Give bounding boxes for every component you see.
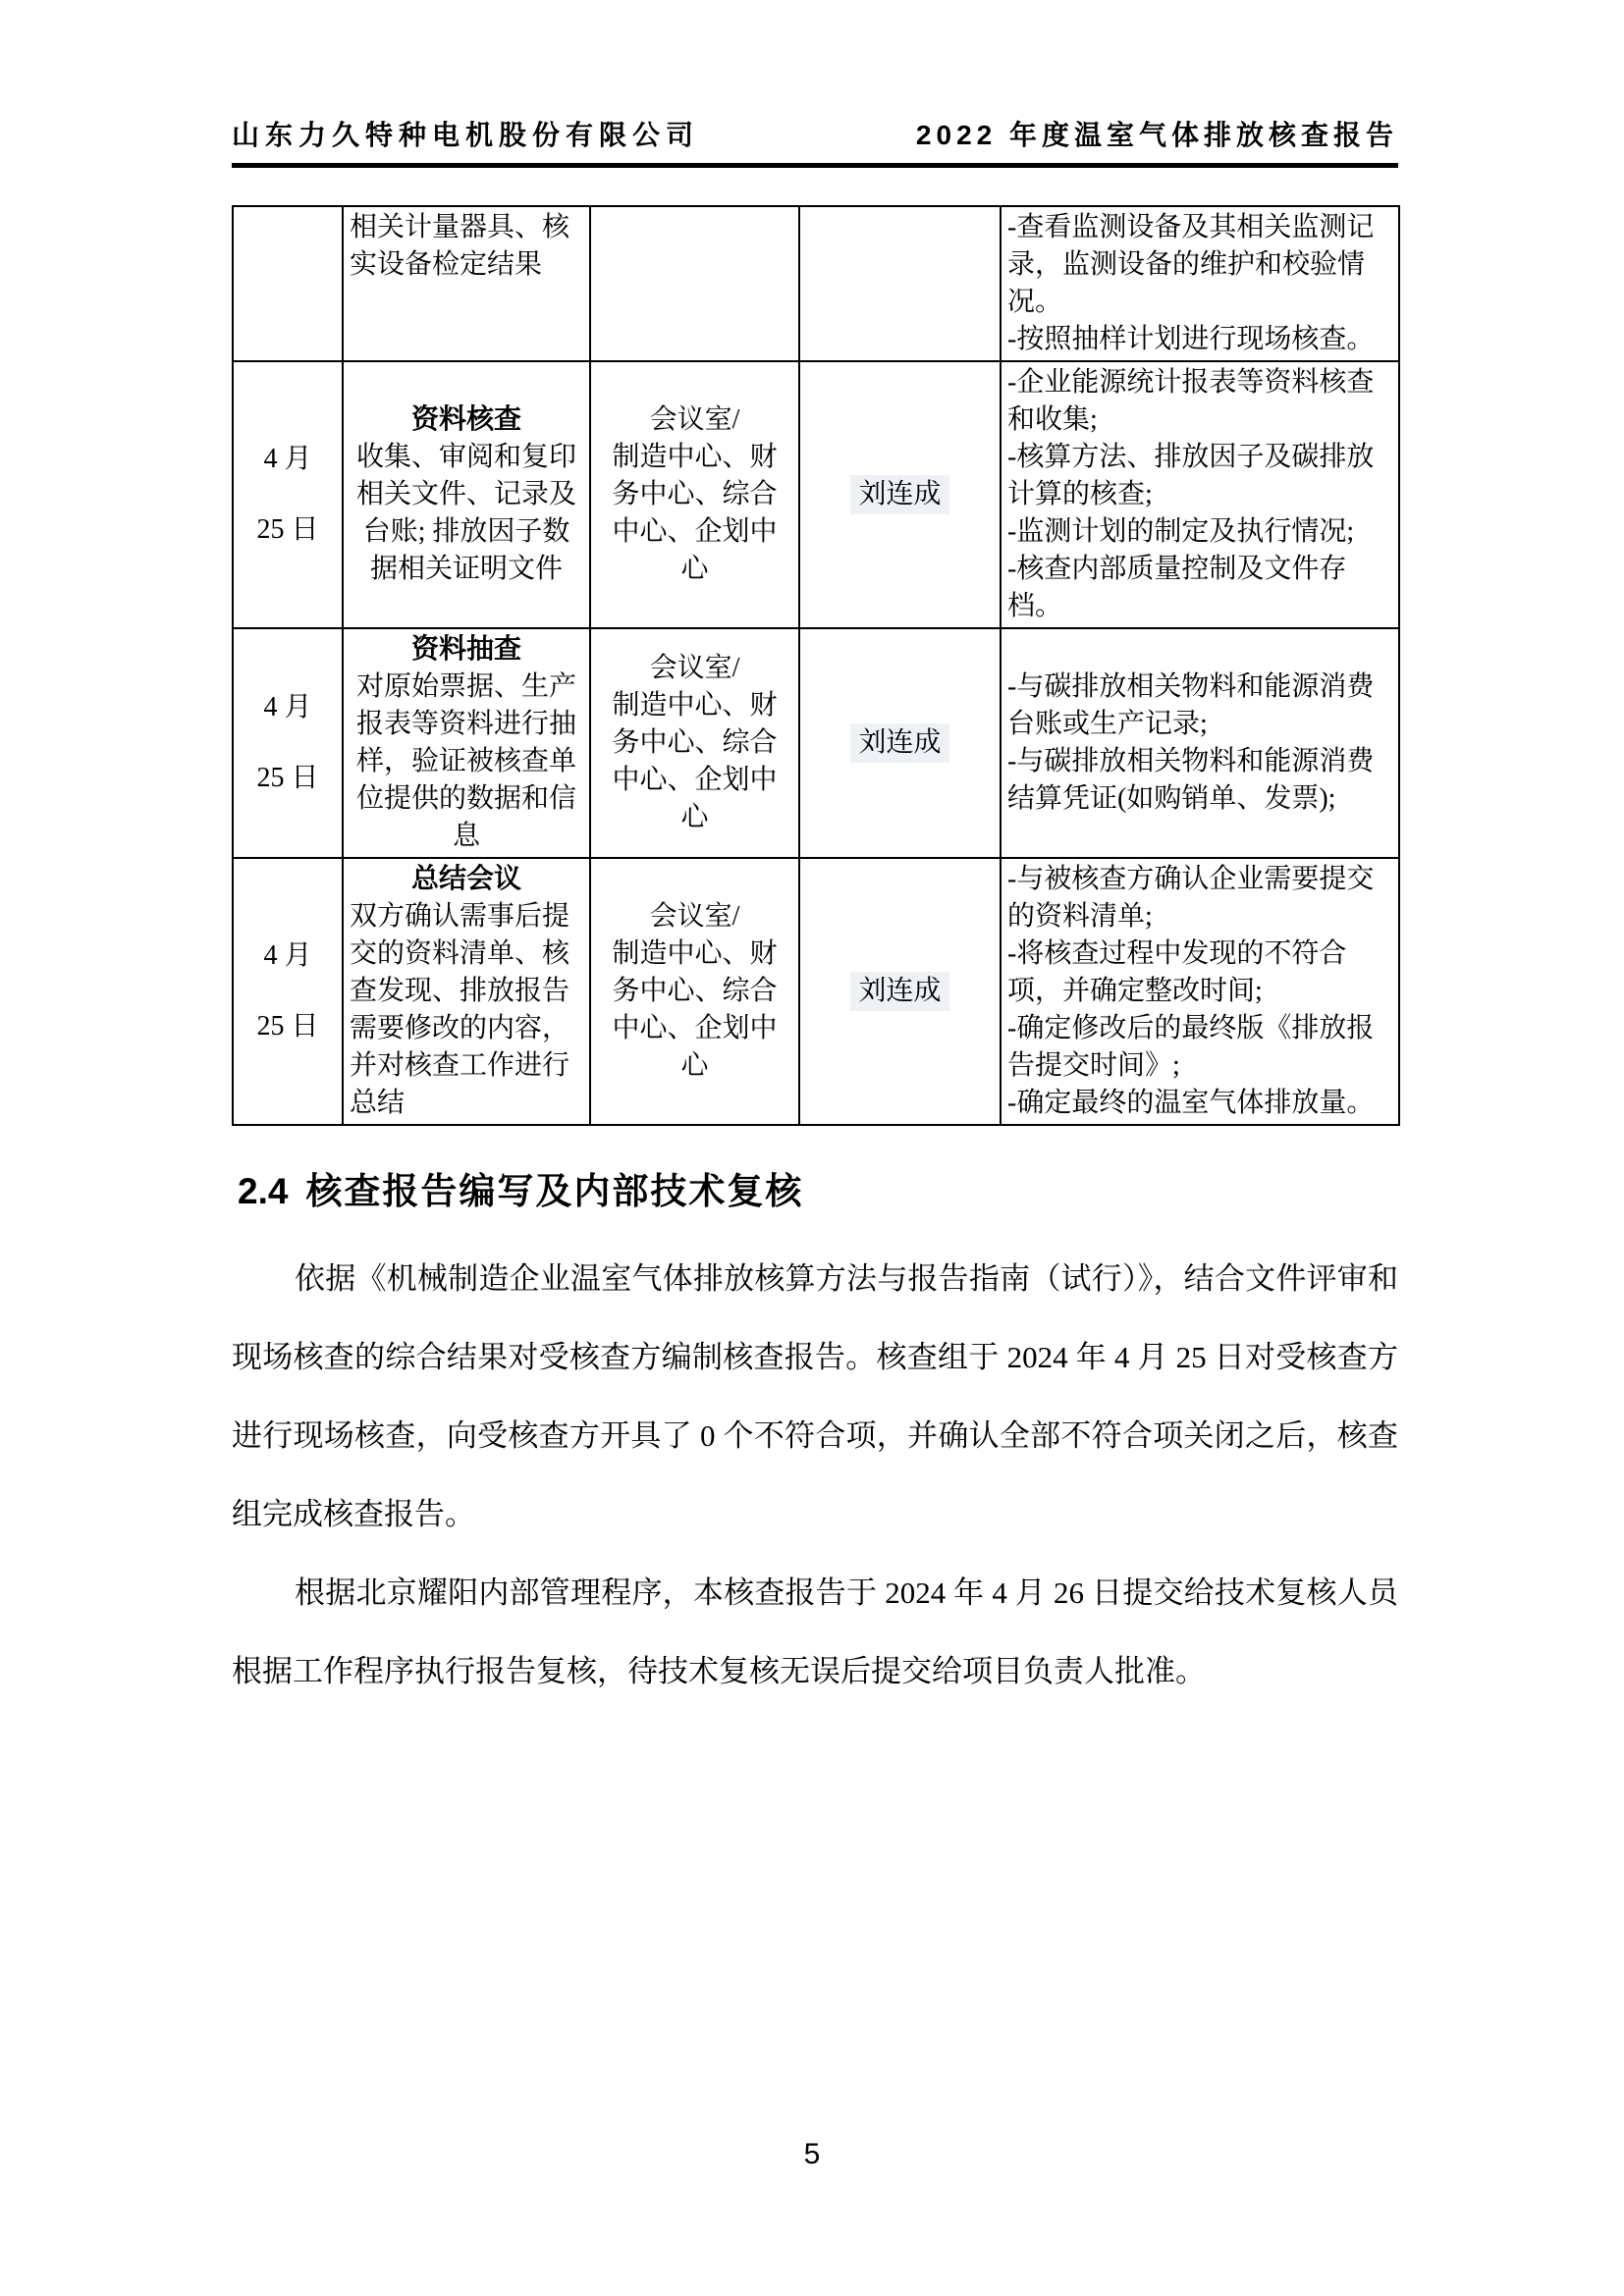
location-cell [590, 206, 799, 361]
activity-body: 收集、审阅和复印相关文件、记录及台账; 排放因子数据相关证明文件 [350, 439, 583, 588]
header-company-name: 山东力久特种电机股份有限公司 [232, 114, 699, 153]
verification-item: -将核查过程中发现的不符合项，并确定整改时间; [1007, 935, 1392, 1010]
verification-item: -核查内部质量控制及文件存档。 [1007, 551, 1392, 625]
table-row: 4 月 25 日 资料抽查 对原始票据、生产报表等资料进行抽样，验证被核查单位提… [233, 628, 1399, 858]
verification-item: -核算方法、排放因子及碳排放计算的核查; [1007, 439, 1392, 513]
section-heading: 2.4核查报告编写及内部技术复核 [238, 1161, 1398, 1214]
location-line: 心 [597, 1047, 792, 1085]
activity-body: 双方确认需事后提交的资料清单、核查发现、排放报告需要修改的内容，并对核查工作进行… [350, 898, 583, 1122]
date-day: 25 日 [240, 511, 336, 549]
section-title: 核查报告编写及内部技术复核 [305, 1171, 803, 1211]
section-number: 2.4 [238, 1171, 288, 1211]
location-line: 制造中心、财 [597, 439, 792, 476]
location-line: 务中心、综合 [597, 973, 792, 1010]
location-line: 中心、企划中 [597, 513, 792, 551]
location-line: 会议室/ [597, 401, 792, 439]
activity-cell: 资料抽查 对原始票据、生产报表等资料进行抽样，验证被核查单位提供的数据和信息 [343, 628, 590, 858]
location-cell: 会议室/ 制造中心、财 务中心、综合 中心、企划中 心 [590, 628, 799, 858]
site-visit-schedule-table: 相关计量器具、核实设备检定结果 -查看监测设备及其相关监测记录，监测设备的维护和… [232, 205, 1400, 1126]
date-cell: 4 月 25 日 [233, 361, 343, 628]
verification-item: -确定修改后的最终版《排放报告提交时间》; [1007, 1010, 1392, 1085]
date-month: 4 月 [240, 689, 336, 726]
activity-cell: 相关计量器具、核实设备检定结果 [343, 206, 590, 361]
activity-cell: 资料核查 收集、审阅和复印相关文件、记录及台账; 排放因子数据相关证明文件 [343, 361, 590, 628]
verification-item: -确定最终的温室气体排放量。 [1007, 1085, 1392, 1122]
table-row: 4 月 25 日 资料核查 收集、审阅和复印相关文件、记录及台账; 排放因子数据… [233, 361, 1399, 628]
person-cell: 刘连成 [799, 361, 1001, 628]
verification-item: -按照抽样计划进行现场核查。 [1007, 321, 1392, 358]
verification-item: -企业能源统计报表等资料核查和收集; [1007, 364, 1392, 439]
location-line: 中心、企划中 [597, 1010, 792, 1047]
verifier-name: 刘连成 [850, 475, 948, 514]
location-line: 心 [597, 551, 792, 588]
date-day: 25 日 [240, 760, 336, 797]
activity-body: 对原始票据、生产报表等资料进行抽样，验证被核查单位提供的数据和信息 [350, 668, 583, 855]
verification-item: -监测计划的制定及执行情况; [1007, 513, 1392, 551]
activity-body: 相关计量器具、核实设备检定结果 [350, 209, 583, 284]
activity-title: 资料核查 [350, 401, 583, 439]
page-number: 5 [0, 2138, 1624, 2171]
verification-items-cell: -企业能源统计报表等资料核查和收集; -核算方法、排放因子及碳排放计算的核查; … [1001, 361, 1399, 628]
header-report-title: 2022 年度温室气体排放核查报告 [916, 114, 1398, 153]
date-month: 4 月 [240, 441, 336, 478]
date-cell: 4 月 25 日 [233, 628, 343, 858]
verifier-name: 刘连成 [850, 972, 948, 1011]
verification-item: -与碳排放相关物料和能源消费结算凭证(如购销单、发票); [1007, 743, 1392, 818]
location-line: 制造中心、财 [597, 935, 792, 973]
location-cell: 会议室/ 制造中心、财 务中心、综合 中心、企划中 心 [590, 361, 799, 628]
table-row: 4 月 25 日 总结会议 双方确认需事后提交的资料清单、核查发现、排放报告需要… [233, 858, 1399, 1125]
verifier-name: 刘连成 [850, 723, 948, 763]
verification-items-cell: -与碳排放相关物料和能源消费台账或生产记录; -与碳排放相关物料和能源消费结算凭… [1001, 628, 1399, 858]
body-paragraph-1: 依据《机械制造企业温室气体排放核算方法与报告指南（试行）》，结合文件评审和现场核… [232, 1240, 1398, 1554]
verification-items-cell: -查看监测设备及其相关监测记录，监测设备的维护和校验情况。 -按照抽样计划进行现… [1001, 206, 1399, 361]
person-cell: 刘连成 [799, 628, 1001, 858]
location-line: 务中心、综合 [597, 724, 792, 762]
verification-items-cell: -与被核查方确认企业需要提交的资料清单; -将核查过程中发现的不符合项，并确定整… [1001, 858, 1399, 1125]
verification-item: -查看监测设备及其相关监测记录，监测设备的维护和校验情况。 [1007, 209, 1392, 321]
activity-cell: 总结会议 双方确认需事后提交的资料清单、核查发现、排放报告需要修改的内容，并对核… [343, 858, 590, 1125]
location-cell: 会议室/ 制造中心、财 务中心、综合 中心、企划中 心 [590, 858, 799, 1125]
page-content: 山东力久特种电机股份有限公司 2022 年度温室气体排放核查报告 相关计量器具、… [232, 0, 1398, 1711]
body-paragraph-2: 根据北京耀阳内部管理程序，本核查报告于 2024 年 4 月 26 日提交给技术… [232, 1554, 1398, 1711]
date-cell: 4 月 25 日 [233, 858, 343, 1125]
date-cell [233, 206, 343, 361]
activity-title: 资料抽查 [350, 631, 583, 668]
table-row: 相关计量器具、核实设备检定结果 -查看监测设备及其相关监测记录，监测设备的维护和… [233, 206, 1399, 361]
person-cell [799, 206, 1001, 361]
location-line: 会议室/ [597, 650, 792, 687]
verification-item: -与碳排放相关物料和能源消费台账或生产记录; [1007, 668, 1392, 743]
location-line: 会议室/ [597, 898, 792, 935]
date-day: 25 日 [240, 1008, 336, 1045]
location-line: 制造中心、财 [597, 687, 792, 724]
location-line: 心 [597, 799, 792, 836]
page-header: 山东力久特种电机股份有限公司 2022 年度温室气体排放核查报告 [232, 114, 1398, 168]
activity-title: 总结会议 [350, 861, 583, 898]
date-month: 4 月 [240, 937, 336, 975]
verification-item: -与被核查方确认企业需要提交的资料清单; [1007, 861, 1392, 935]
location-line: 中心、企划中 [597, 762, 792, 799]
person-cell: 刘连成 [799, 858, 1001, 1125]
location-line: 务中心、综合 [597, 476, 792, 513]
